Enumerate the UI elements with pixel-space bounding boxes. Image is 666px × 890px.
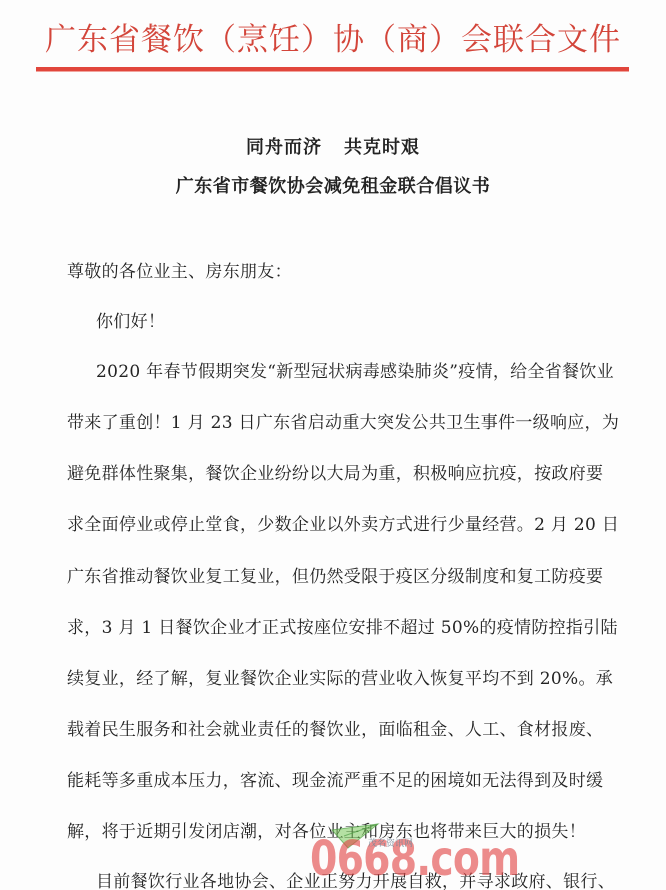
body-line: 载着民生服务和社会就业责任的餐饮业，面临租金、人工、食材报废、 <box>67 715 603 740</box>
body-line: 求全面停业或停止堂食，少数企业以外卖方式进行少量经营。2 月 20 日 <box>67 510 619 535</box>
body-line: 避免群体性聚集，餐饮企业纷纷以大局为重，积极响应抗疫，按政府要 <box>67 459 603 484</box>
body-line: 能耗等多重成本压力，客流、现金流严重不足的困境如无法得到及时缓 <box>67 766 603 791</box>
greeting: 你们好！ <box>96 307 165 332</box>
document-title-line-2: 广东省市餐饮协会减免租金联合倡议书 <box>0 172 666 198</box>
body-line: 续复业，经了解，复业餐饮企业实际的营业收入恢复平均不到 20%。承 <box>67 664 613 689</box>
body-line: 带来了重创！1 月 23 日广东省启动重大突发公共卫生事件一级响应，为 <box>67 408 619 433</box>
header-red-rule <box>36 67 629 71</box>
title-phrase-2: 共克时艰 <box>344 137 420 158</box>
document-header-title: 广东省餐饮（烹饪）协（商）会联合文件 <box>0 14 666 59</box>
body-line: 广东省推动餐饮业复工复业，但仍然受限于疫区分级制度和复工防疫要 <box>67 562 603 587</box>
watermark-subtext: 茂名资讯网 <box>368 836 413 849</box>
body-line: 求，3 月 1 日餐饮企业才正式按座位安排不超过 50%的疫情防控指引陆 <box>67 613 618 638</box>
salutation: 尊敬的各位业主、房东朋友： <box>67 257 292 282</box>
watermark-logo: 0668.com <box>310 835 519 883</box>
body-line: 2020 年春节假期突发“新型冠状病毒感染肺炎”疫情，给全省餐饮业 <box>96 357 614 382</box>
document-title-line-1: 同舟而济共克时艰 <box>0 133 666 159</box>
title-phrase-1: 同舟而济 <box>246 137 322 158</box>
